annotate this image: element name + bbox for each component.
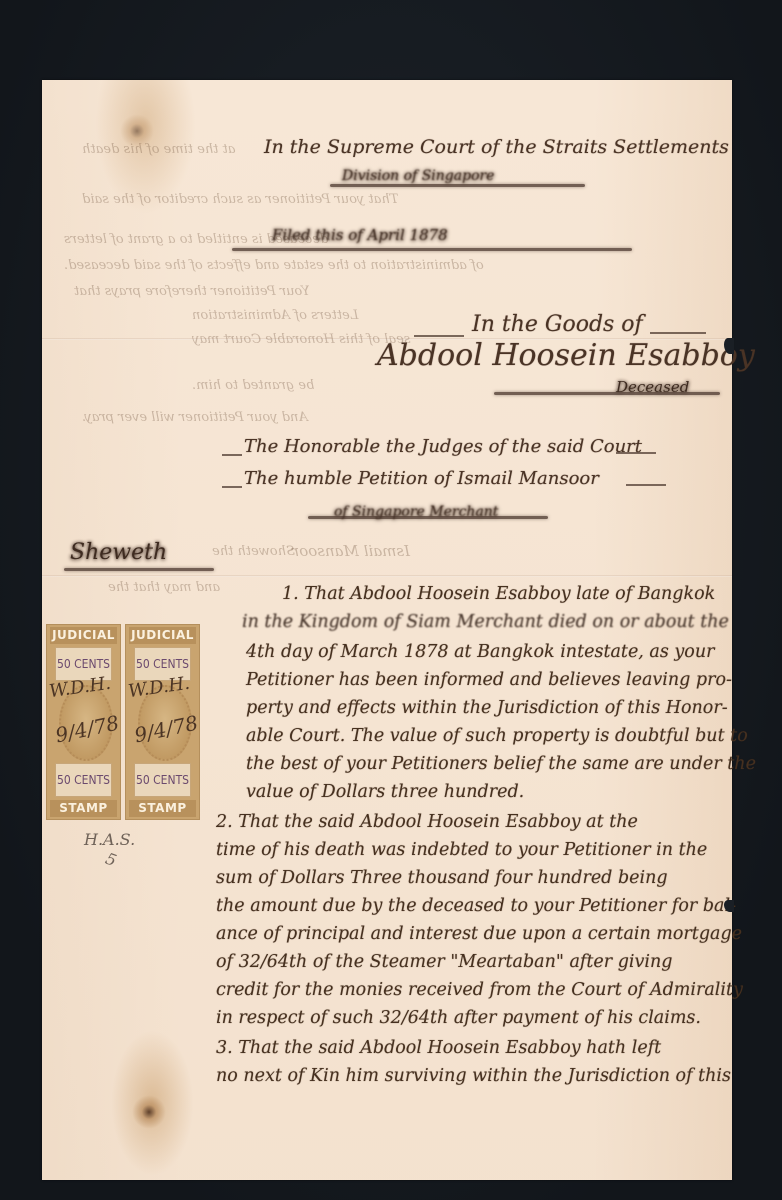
offset-ghost-text: be granted to him. xyxy=(192,378,314,393)
goods-of-heading: In the Goods of xyxy=(472,312,643,337)
court-heading: In the Supreme Court of the Straits Sett… xyxy=(264,136,729,158)
offset-ghost-text: Showeth the xyxy=(212,544,295,559)
dash-rule xyxy=(616,452,656,454)
body-line: of 32/64th of the Steamer "Meartaban" af… xyxy=(216,952,672,972)
stamp-top-label: JUDICIAL xyxy=(129,627,196,644)
paper-tear xyxy=(724,900,734,912)
underline-rule xyxy=(330,184,585,187)
margin-initials: H.A.S. xyxy=(84,830,135,849)
body-line: ance of principal and interest due upon … xyxy=(216,924,742,944)
offset-ghost-text: Ismail Mansoor xyxy=(292,542,410,560)
body-line: Petitioner has been informed and believe… xyxy=(246,670,732,690)
pin-hole-stain xyxy=(132,1095,166,1129)
body-line: able Court. The value of such property i… xyxy=(246,726,748,746)
dash-rule xyxy=(222,454,242,456)
paper-tear xyxy=(724,338,734,354)
fold-crease xyxy=(42,575,732,577)
underline-rule xyxy=(64,568,214,571)
offset-ghost-text: Your Petitioner therefore prays that xyxy=(74,284,310,299)
stain xyxy=(120,114,154,148)
judicial-stamps: JUDICIAL 50 CENTS W.D.H. 9/4/78 50 CENTS… xyxy=(46,624,200,820)
stamp-bottom-label: STAMP xyxy=(129,800,196,817)
underline-rule xyxy=(494,392,720,395)
body-line: 3. That the said Abdool Hoosein Esabboy … xyxy=(216,1038,661,1058)
stamp-bottom-label: STAMP xyxy=(50,800,117,817)
body-line: 4th day of March 1878 at Bangkok intesta… xyxy=(246,642,714,662)
dash-rule xyxy=(626,484,666,486)
margin-mark: 5 xyxy=(103,849,119,870)
body-line: in the Kingdom of Siam Merchant died on … xyxy=(242,612,729,632)
dash-rule xyxy=(650,332,706,334)
body-line: the best of your Petitioners belief the … xyxy=(246,754,756,774)
offset-ghost-text: And your Petitioner will ever pray. xyxy=(82,410,308,425)
body-line: value of Dollars three hundred. xyxy=(246,782,524,802)
offset-ghost-text: That your Petitioner as such creditor of… xyxy=(82,192,398,207)
body-line: credit for the monies received from the … xyxy=(216,980,743,1000)
division-heading: Division of Singapore xyxy=(342,168,494,184)
offset-ghost-text: and may that the xyxy=(108,580,220,595)
offset-ghost-text: of administration to the estate and effe… xyxy=(64,258,484,273)
body-line: the amount due by the deceased to your P… xyxy=(216,896,736,916)
body-line: 1. That Abdool Hoosein Esabboy late of B… xyxy=(282,584,715,604)
filing-note: Filed this of April 1878 xyxy=(272,226,448,244)
body-line: sum of Dollars Three thousand four hundr… xyxy=(216,868,668,888)
offset-ghost-text: Letters of Administration xyxy=(192,308,358,323)
stamp-value: 50 CENTS xyxy=(55,763,112,797)
offset-ghost-text: at the time of his death xyxy=(82,142,236,157)
body-line: perty and effects within the Jurisdictio… xyxy=(246,698,728,718)
petition-title: The humble Petition of Ismail Mansoor xyxy=(244,468,599,489)
underline-rule xyxy=(232,248,632,251)
judicial-stamp: JUDICIAL 50 CENTS W.D.H. 9/4/78 50 CENTS… xyxy=(125,624,200,820)
deceased-name: Abdool Hoosein Esabboy xyxy=(377,338,755,373)
body-line: 2. That the said Abdool Hoosein Esabboy … xyxy=(216,812,638,832)
judicial-stamp: JUDICIAL 50 CENTS W.D.H. 9/4/78 50 CENTS… xyxy=(46,624,121,820)
body-line: in respect of such 32/64th after payment… xyxy=(216,1008,701,1028)
body-line: no next of Kin him surviving within the … xyxy=(216,1066,731,1086)
showeth-heading: Sheweth xyxy=(70,540,167,565)
stamp-top-label: JUDICIAL xyxy=(50,627,117,644)
dash-rule xyxy=(414,335,464,337)
addressee: The Honorable the Judges of the said Cou… xyxy=(244,436,642,457)
stamp-value: 50 CENTS xyxy=(134,763,191,797)
body-line: time of his death was indebted to your P… xyxy=(216,840,707,860)
underline-rule xyxy=(308,516,548,519)
dash-rule xyxy=(222,486,242,488)
